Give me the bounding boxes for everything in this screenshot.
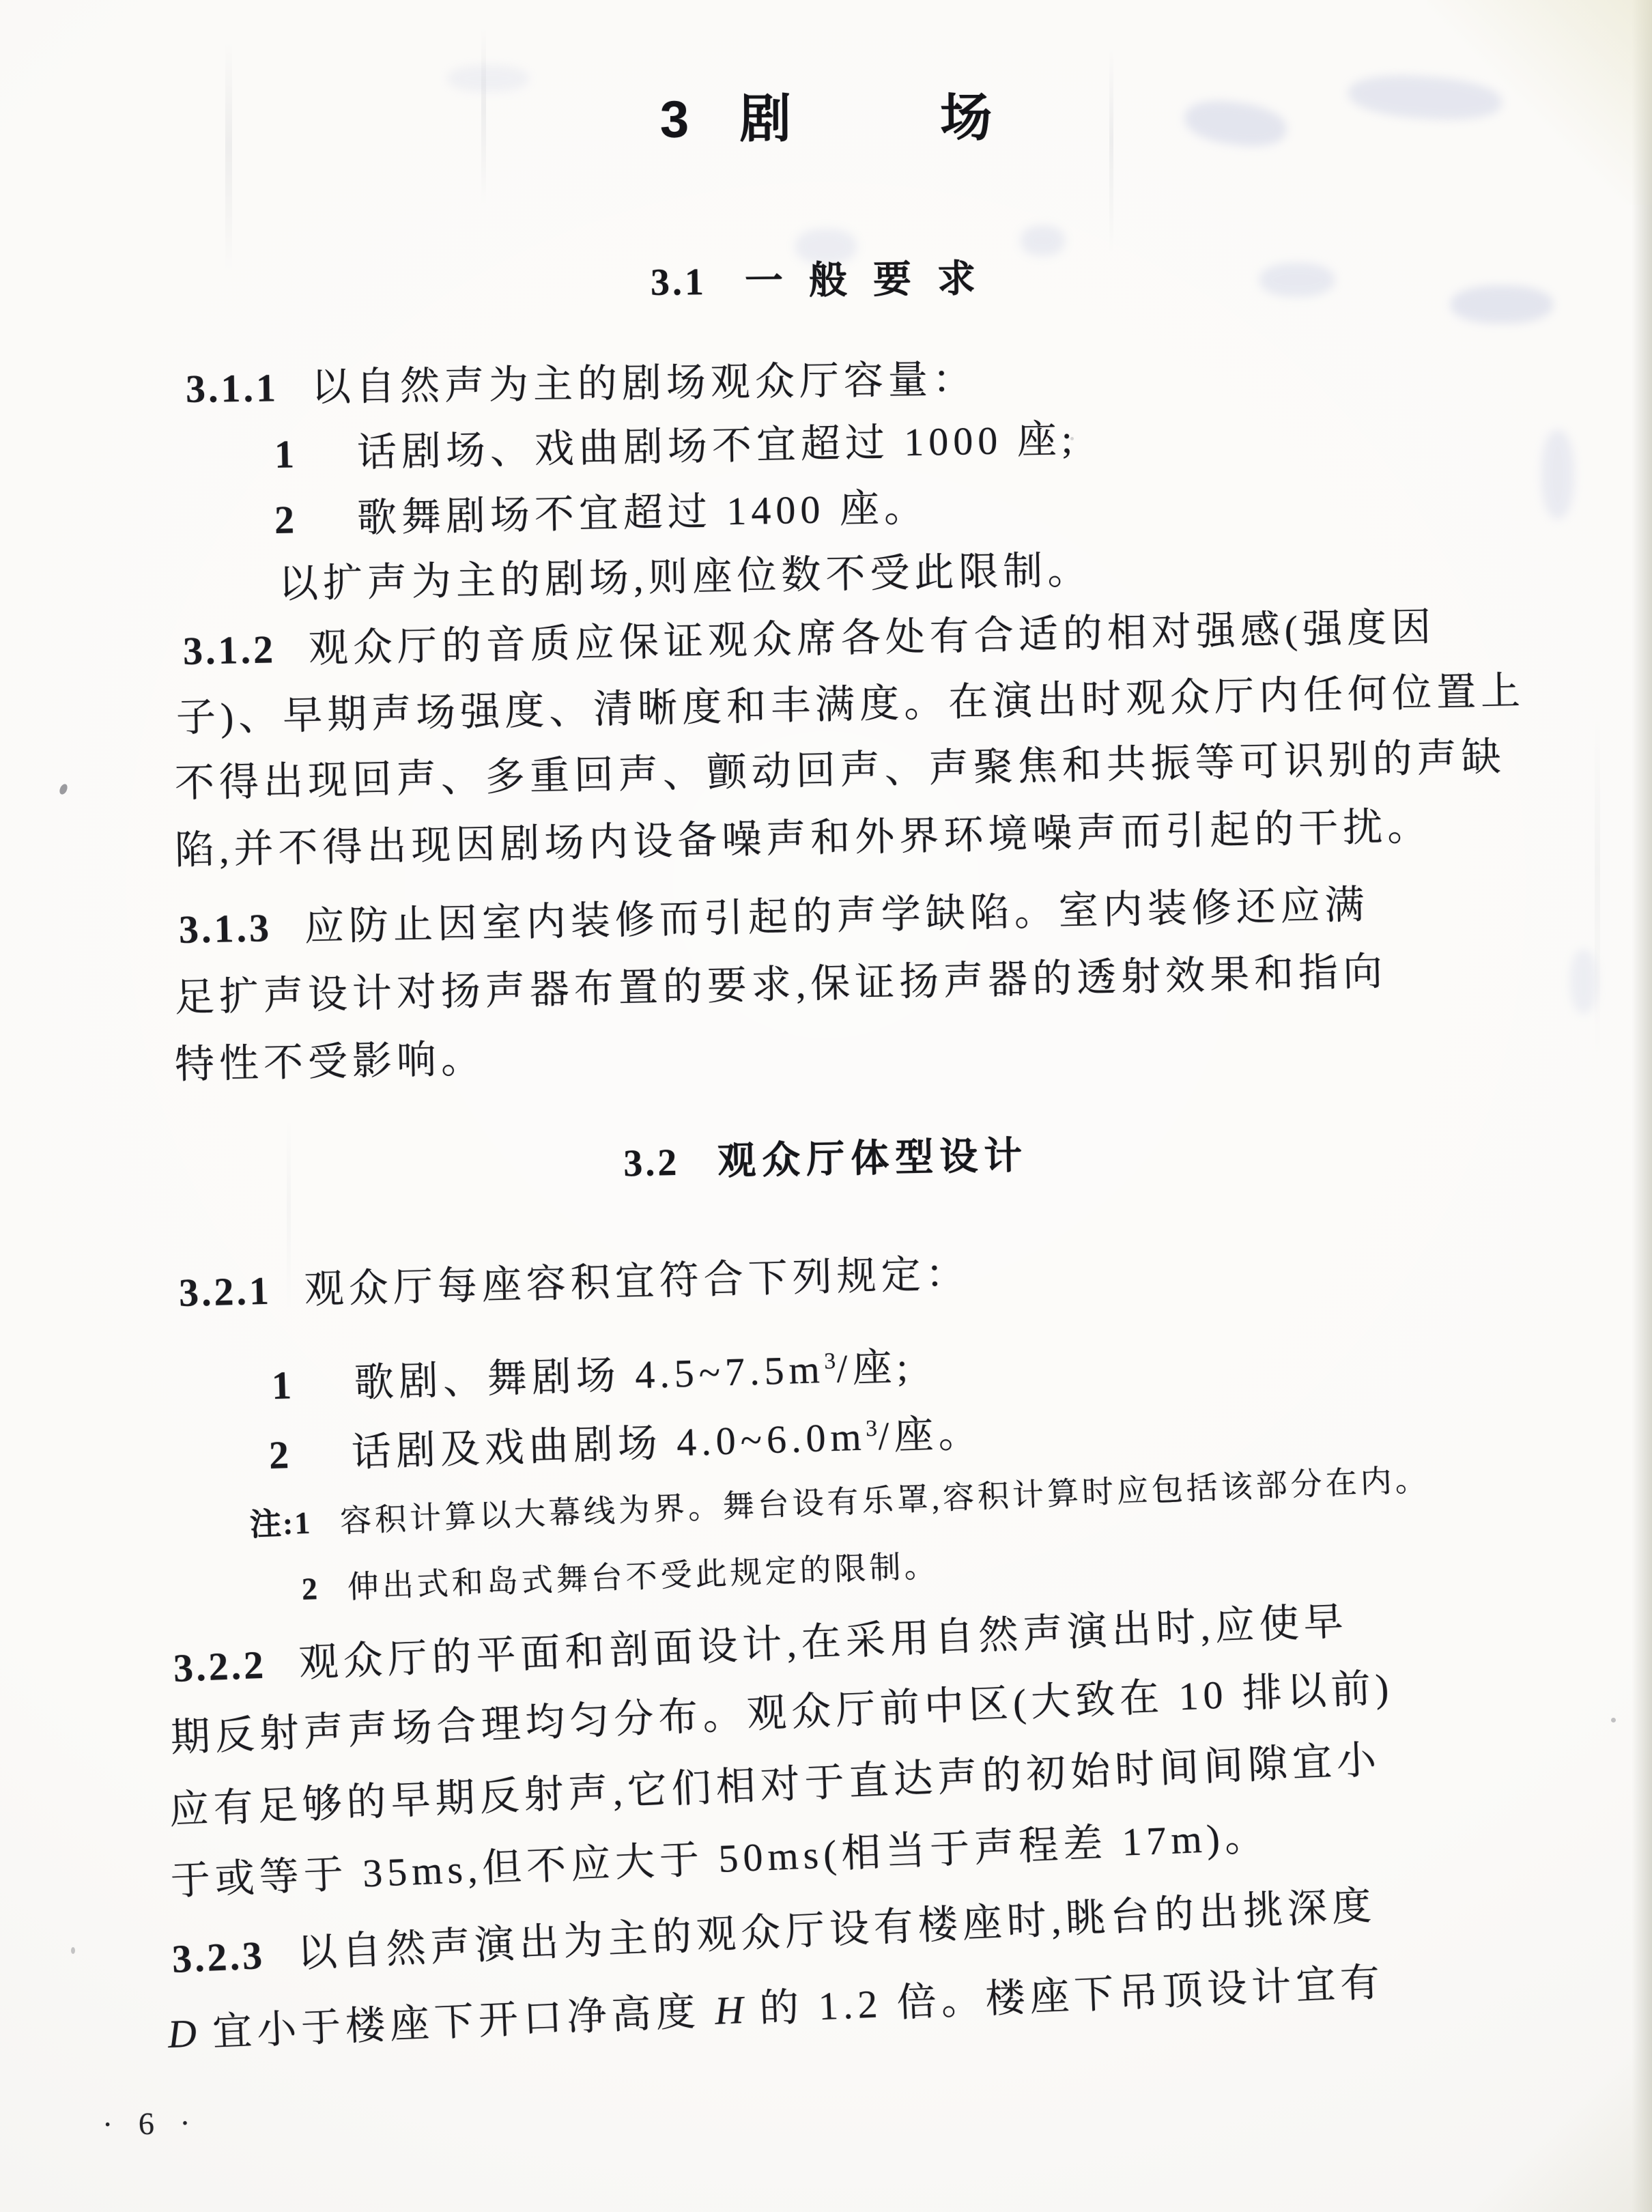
text-segment: 观众厅的音质应保证观众席各处有合适的相对强感(强度因 [308, 605, 1436, 671]
text-line-c313c: 特性不受影响。 [174, 1037, 485, 1088]
text-segment: 于或等于 35ms,但不应大于 50ms(相当于声程差 17m)。 [170, 1814, 1270, 1903]
text-segment: 剧 [739, 90, 791, 149]
clause-number: 3.2 [623, 1142, 680, 1185]
text-line-h31: 3.1一般要求 [0, 251, 1652, 311]
text-line-title: 3剧场 [0, 85, 1652, 152]
text-line-note1: 注:1容积计算以大幕线为界。舞台设有乐罩,容积计算时应包括该部分在内。 [249, 1462, 1431, 1543]
text-line-h32: 3.2观众厅体型设计 [0, 1122, 1652, 1197]
variable-symbol: D [167, 2011, 199, 2056]
clause-number: 2 [301, 1571, 319, 1606]
text-line-c312d: 陷,并不得出现因剧场内设备噪声和外界环境噪声而引起的干扰。 [174, 805, 1432, 873]
superscript-exponent: 3 [824, 1348, 837, 1374]
clause-number: 3.2.2 [173, 1643, 267, 1690]
text-segment: 观众厅每座容积宜符合下列规定： [304, 1251, 970, 1312]
clause-number: 1 [274, 431, 297, 477]
text-segment: 以扩声为主的剧场,则座位数不受此限制。 [278, 548, 1092, 606]
variable-symbol: H [714, 1987, 746, 2033]
text-line-c321: 3.2.1观众厅每座容积宜符合下列规定： [178, 1252, 970, 1316]
text-line-c322d: 于或等于 35ms,但不应大于 50ms(相当于声程差 17m)。 [170, 1815, 1270, 1904]
text-segment: 应防止因室内装修而引起的声学缺陷。室内装修还应满 [304, 882, 1369, 949]
text-line-li321_2: 2话剧及戏曲剧场 4.0~6.0m3/座。 [268, 1411, 983, 1478]
text-segment: 子)、早期声场强度、清晰度和丰满度。在演出时观众厅内任何位置上 [175, 668, 1525, 740]
text-line-c312b: 子)、早期声场强度、清晰度和丰满度。在演出时观众厅内任何位置上 [175, 669, 1525, 741]
clause-number: 3.1.3 [178, 905, 272, 952]
text-line-c311: 3.1.1以自然声为主的剧场观众厅容量： [186, 358, 978, 412]
text-segment: 观众厅体型设计 [717, 1133, 1029, 1182]
clause-number: 注:1 [249, 1505, 312, 1542]
text-segment: 容积计算以大幕线为界。舞台设有乐罩,容积计算时应包括该部分在内。 [339, 1462, 1430, 1539]
text-segment: 的 1.2 倍。楼座下吊顶设计宜有 [744, 1960, 1386, 2032]
clause-number: 3.2.1 [178, 1268, 272, 1315]
text-segment: /座; [836, 1344, 913, 1391]
scanned-page: 3剧场3.1一般要求3.1.1以自然声为主的剧场观众厅容量：1话剧场、戏曲剧场不… [0, 0, 1652, 2212]
text-line-p311cont: 以扩声为主的剧场,则座位数不受此限制。 [278, 548, 1092, 607]
text-line-li311_2: 2歌舞剧场不宜超过 1400 座。 [274, 486, 928, 543]
text-segment: 歌剧、舞剧场 4.5~7.5m [354, 1347, 825, 1405]
text-line-c312c: 不得出现回声、多重回声、颤动回声、声聚焦和共振等可识别的声缺 [174, 735, 1506, 806]
text-segment: 话剧场、戏曲剧场不宜超过 1000 座; [356, 416, 1077, 474]
text-line-c323a: 3.2.3以自然声演出为主的观众厅设有楼座时,眺台的出挑深度 [171, 1884, 1378, 1981]
text-segment: /座。 [877, 1410, 983, 1458]
text-line-c313b: 足扩声设计对扬声器布置的要求,保证扬声器的透射效果和指向 [174, 950, 1388, 1021]
text-segment: 伸出式和岛式舞台不受此规定的限制。 [347, 1548, 939, 1605]
clause-number: 2 [268, 1432, 292, 1477]
clause-number: 3.1 [651, 261, 707, 304]
text-line-note2: 2伸出式和岛式舞台不受此规定的限制。 [301, 1548, 939, 1607]
text-line-c313a: 3.1.3应防止因室内装修而引起的声学缺陷。室内装修还应满 [178, 883, 1369, 952]
text-segment: 3 [660, 91, 689, 149]
text-line-c312a: 3.1.2观众厅的音质应保证观众席各处有合适的相对强感(强度因 [182, 606, 1436, 674]
text-segment: 特性不受影响。 [174, 1036, 485, 1087]
text-segment: 话剧及戏曲剧场 4.0~6.0m [351, 1415, 867, 1475]
text-segment: 场 [940, 89, 992, 147]
document-text: 3剧场3.1一般要求3.1.1以自然声为主的剧场观众厅容量：1话剧场、戏曲剧场不… [0, 0, 1652, 2212]
clause-number: 3.1.1 [186, 365, 279, 411]
clause-number: 3.2.3 [171, 1933, 266, 1981]
text-line-li311_1: 1话剧场、戏曲剧场不宜超过 1000 座; [274, 417, 1077, 477]
text-segment: 一般要求 [745, 257, 1002, 302]
text-line-pagenum: · 6 · [102, 2105, 200, 2142]
text-segment: 宜小于楼座下开口净高度 [197, 1989, 715, 2055]
text-segment: 不得出现回声、多重回声、颤动回声、声聚焦和共振等可识别的声缺 [174, 735, 1506, 806]
text-segment: 陷,并不得出现因剧场内设备噪声和外界环境噪声而引起的干扰。 [174, 804, 1432, 873]
text-line-c323b: D 宜小于楼座下开口净高度 H 的 1.2 倍。楼座下吊顶设计宜有 [167, 1961, 1386, 2057]
text-segment: 观众厅的平面和剖面设计,在采用自然声演出时,应使早 [298, 1599, 1349, 1686]
text-segment: 以自然声为主的剧场观众厅容量： [311, 357, 978, 410]
text-segment: 以自然声演出为主的观众厅设有楼座时,眺台的出挑深度 [296, 1883, 1377, 1975]
text-line-li321_1: 1歌剧、舞剧场 4.5~7.5m3/座; [271, 1345, 913, 1408]
text-segment: 歌舞剧场不宜超过 1400 座。 [356, 485, 928, 541]
clause-number: 3.1.2 [182, 627, 276, 673]
text-segment: · 6 · [102, 2105, 200, 2142]
clause-number: 1 [271, 1363, 295, 1408]
text-segment: 足扩声设计对扬声器布置的要求,保证扬声器的透射效果和指向 [174, 949, 1388, 1020]
clause-number: 2 [274, 497, 297, 542]
superscript-exponent: 3 [866, 1416, 879, 1442]
